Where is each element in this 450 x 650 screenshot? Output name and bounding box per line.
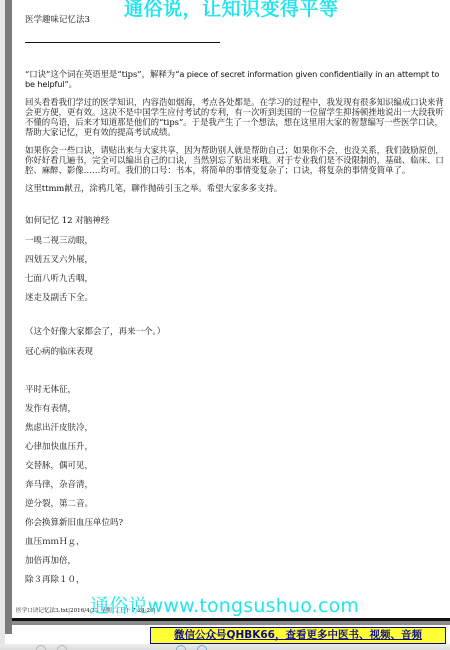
mnemonic-line: 加倍再加倍， xyxy=(25,554,76,566)
paragraph-support: 这里ttmm献丑，涂鸦几笔，聊作抛砖引玉之举。希望大家多多支持。 xyxy=(25,183,445,193)
toolbar-button-icon[interactable] xyxy=(197,645,207,650)
watermark-url: 通俗说www.tongsushuo.com xyxy=(90,591,359,618)
mnemonic-line: 逆分裂，第二音。 xyxy=(25,497,93,509)
mnemonic-line: 七面八听九舌咽， xyxy=(25,272,93,284)
promo-banner[interactable]: 微信公众号QHBK66，查看更多中医书、视频、音频 xyxy=(150,627,446,644)
mnemonic-line: 平时无体征， xyxy=(25,383,76,395)
heading-bp-conversion: 你会换算新旧血压单位吗? xyxy=(25,516,123,528)
mnemonic-line: 焦虑出汗皮肤冷， xyxy=(25,421,93,433)
paragraph-intro: 回头看看我们学过的医学知识，内容浩如烟海，考点各处都是。在学习的过程中，我发现有… xyxy=(25,97,445,137)
watermark-top: 通俗说，让知识变得平等 xyxy=(124,0,354,21)
paragraph-tips-definition: “口诀”这个词在英语里是“tips”，解释为“a piece of secret… xyxy=(25,69,445,89)
title-underline xyxy=(25,42,220,43)
mnemonic-line: 心律加快血压升， xyxy=(25,440,93,452)
document-body: “口诀”这个词在英语里是“tips”，解释为“a piece of secret… xyxy=(25,69,445,193)
document-page: 医学趣味记忆法3 “口诀”这个词在英语里是“tips”，解释为“a piece … xyxy=(12,0,450,598)
mnemonic-line: 血压ｍｍＨｇ， xyxy=(25,535,85,547)
mnemonic-line: 一嗅二视三动眼， xyxy=(25,234,93,246)
mnemonic-line: 四划五叉六外展， xyxy=(25,253,93,265)
toolbar-button-icon[interactable] xyxy=(36,645,46,650)
page-shadow-bar xyxy=(5,0,12,634)
toolbar-button-icon[interactable] xyxy=(176,645,186,650)
mnemonic-line: 奔马律，杂音清， xyxy=(25,478,93,490)
bottom-toolbar xyxy=(0,644,450,650)
toolbar-button-icon[interactable] xyxy=(57,645,67,650)
mnemonic-line: 除３再除１０， xyxy=(25,573,85,585)
mnemonic-line: 交替脉，偶可见， xyxy=(25,459,93,471)
document-title: 医学趣味记忆法3 xyxy=(25,13,90,25)
mnemonic-line: 迷走及副舌下全。 xyxy=(25,291,93,303)
heading-cranial-nerves: 如何记忆 12 对脑神经 xyxy=(25,214,109,226)
heading-chd-clinical: 冠心病的临床表现 xyxy=(25,345,93,357)
paragraph-invite: 如果你会一些口诀，请贴出来与大家共享，因为帮助别人就是帮助自己；如果你不会，也没… xyxy=(25,145,445,175)
mnemonic-line: 发作有表情， xyxy=(25,402,76,414)
note-line: （这个好像大家都会了，再来一个。） xyxy=(25,325,165,337)
